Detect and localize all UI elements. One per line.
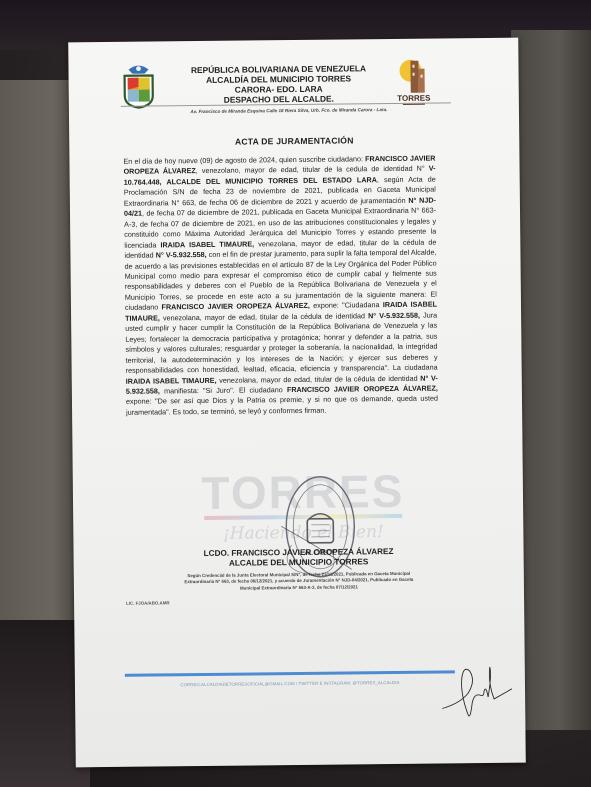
svg-text:TORRES: TORRES bbox=[397, 94, 431, 103]
paragraph-run: En el día de hoy nueve (09) de agosto de… bbox=[123, 154, 365, 166]
drafter-initials: LIC. FJOA/ABO.AMR bbox=[126, 600, 169, 605]
paragraph-bold-run: IRAIDA ISABEL TIMAURE, bbox=[126, 375, 217, 385]
municipal-coat-of-arms-icon bbox=[120, 61, 157, 109]
paragraph-run: , venezolano, mayor de edad, titular de … bbox=[196, 164, 429, 175]
signatory-block: LCDO. FRANCISCO JAVIER OROPEZA ÁLVAREZ A… bbox=[74, 546, 524, 571]
handwritten-signature-icon bbox=[440, 663, 516, 724]
paragraph-run: expone: "De ser así que Dios y la Patria… bbox=[126, 394, 438, 417]
document-title: ACTA DE JURAMENTACIÓN bbox=[69, 134, 519, 149]
paragraph-bold-run: N° V-5.932.558, bbox=[368, 311, 420, 321]
credential-reference: Según Credencial de la Junta Electoral M… bbox=[144, 570, 454, 592]
footer-contact: CORREO:ALCALDIADETORRESOFICIAL@GMAIL.COM… bbox=[125, 679, 455, 687]
paragraph-bold-run: FRANCISCO JAVIER OROPEZA ÁLVAREZ, bbox=[287, 383, 438, 394]
paragraph-run: manifiesta: "Si Juro". El ciudadano bbox=[160, 385, 287, 395]
letterhead-title: REPÚBLICA BOLIVARIANA DE VENEZUELA ALCAL… bbox=[168, 63, 388, 105]
paragraph-run: expone: "Ciudadana bbox=[310, 300, 383, 310]
background-surface-left bbox=[0, 80, 75, 640]
paragraph-bold-run: IRAIDA ISABEL TIMAURE, bbox=[160, 239, 254, 249]
official-seal-stamp-icon: ALCALDE bbox=[281, 474, 360, 585]
paragraph-run: venezolana, mayor de edad, titular de la… bbox=[217, 373, 421, 384]
paragraph-bold-run: N° V-5.932.558, bbox=[156, 250, 207, 260]
letterhead: REPÚBLICA BOLIVARIANA DE VENEZUELA ALCAL… bbox=[68, 56, 519, 131]
footer-divider bbox=[125, 670, 455, 676]
paragraph-bold-run: FRANCISCO JAVIER OROPEZA ÁLVAREZ, bbox=[161, 301, 309, 312]
document-sheet: REPÚBLICA BOLIVARIANA DE VENEZUELA ALCAL… bbox=[68, 38, 526, 768]
oath-body-paragraph: En el día de hoy nueve (09) de agosto de… bbox=[123, 154, 438, 419]
paragraph-run: venezolana, mayor de edad, titular de la… bbox=[160, 311, 368, 322]
